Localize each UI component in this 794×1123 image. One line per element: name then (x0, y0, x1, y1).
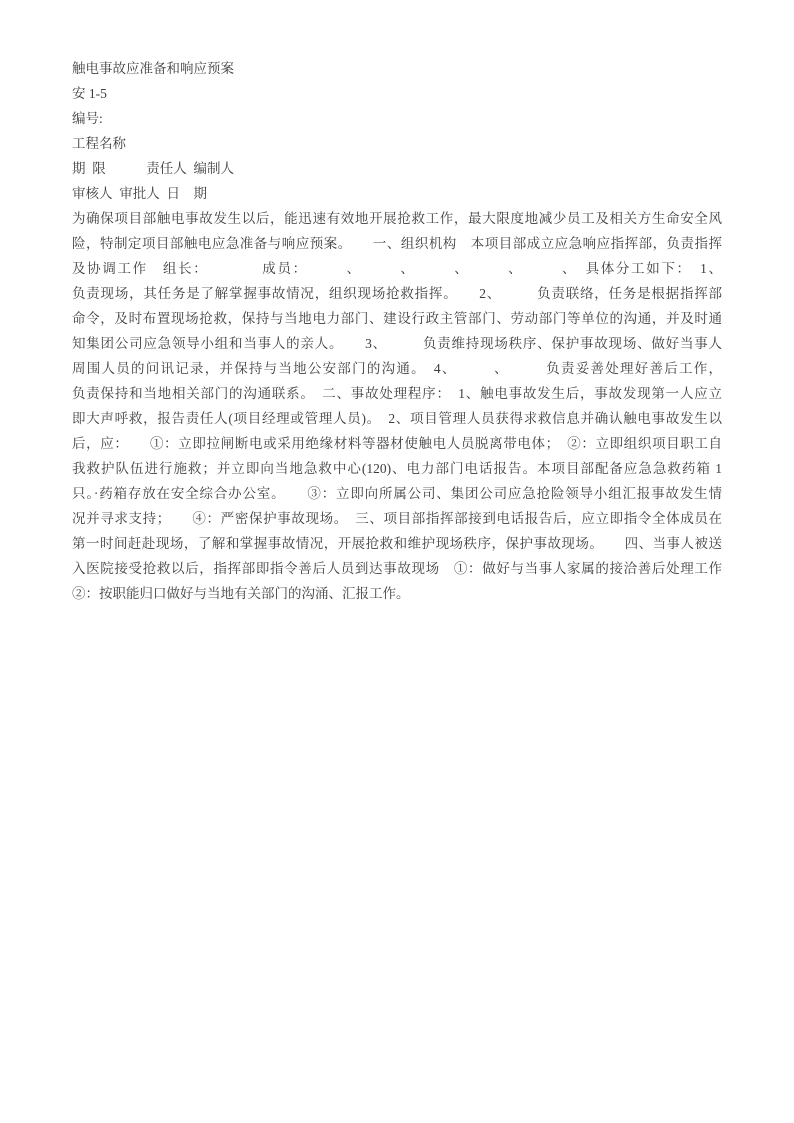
body-line: 我救护队伍进行施救；并立即向当地急救中心(120)、电力部门电话报告。本项目部配… (72, 456, 722, 481)
body-line: 及协调工作 组长： 成员： 、 、 、 、 、 具体分工如下： 1、 (72, 256, 722, 281)
number-label: 编号: (72, 106, 722, 131)
form-code: 安 1-5 (72, 81, 722, 106)
document-body: 为确保项目部触电事故发生以后，能迅速有效地开展抢救工作，最大限度地减少员工及相关… (72, 206, 722, 606)
document-content: 触电事故应准备和响应预案 安 1-5 编号: 工程名称 期 限 责任人 编制人 … (72, 56, 722, 606)
review-approve-date-line: 审核人 审批人 日 期 (72, 181, 722, 206)
body-line: 为确保项目部触电事故发生以后，能迅速有效地开展抢救工作，最大限度地减少员工及相关… (72, 206, 722, 231)
document-title: 触电事故应准备和响应预案 (72, 56, 722, 81)
body-line: 即大声呼救，报告责任人(项目经理或管理人员)。 2、项目管理人员获得求救信息并确… (72, 406, 722, 431)
body-line: 负责现场，其任务是了解掌握事故情况，组织现场抢救指挥。 2、 负责联络，任务是根… (72, 281, 722, 306)
body-line: 第一时间赶赴现场，了解和掌握事故情况，开展抢救和维护现场秩序，保护事故现场。 四… (72, 531, 722, 556)
body-line: 周围人员的问讯记录，并保持与当地公安部门的沟通。 4、 、 负责妥善处理好善后工… (72, 356, 722, 381)
body-line: 命令，及时布置现场抢救，保持与当地电力部门、建设行政主管部门、劳动部门等单位的沟… (72, 306, 722, 331)
project-name-label: 工程名称 (72, 131, 722, 156)
body-line: ②：按职能归口做好与当地有关部门的沟涌、汇报工作。 (72, 581, 722, 606)
body-line: 后，应： ①：立即拉闸断电或采用绝缘材料等器材使触电人员脱离带电体； ②：立即组… (72, 431, 722, 456)
body-line: 入医院接受抢救以后，指挥部即指令善后人员到达事故现场 ①：做好与当事人家属的接洽… (72, 556, 722, 581)
body-line: 只。·药箱存放在安全综合办公室。 ③：立即向所属公司、集团公司应急抢险领导小组汇… (72, 481, 722, 506)
term-responsible-line: 期 限 责任人 编制人 (72, 156, 722, 181)
body-line: 知集团公司应急领导小组和当事人的亲人。 3、 负责维持现场秩序、保护事故现场、做… (72, 331, 722, 356)
body-line: 负责保持和当地相关部门的沟通联系。 二、事故处理程序： 1、触电事故发生后，事故… (72, 381, 722, 406)
body-line: 险，特制定项目部触电应急准备与响应预案。 一、组织机构 本项目部成立应急响应指挥… (72, 231, 722, 256)
document-page: 触电事故应准备和响应预案 安 1-5 编号: 工程名称 期 限 责任人 编制人 … (0, 0, 794, 1123)
body-line: 况并寻求支持； ④：严密保护事故现场。 三、项目部指挥部接到电话报告后，应立即指… (72, 506, 722, 531)
